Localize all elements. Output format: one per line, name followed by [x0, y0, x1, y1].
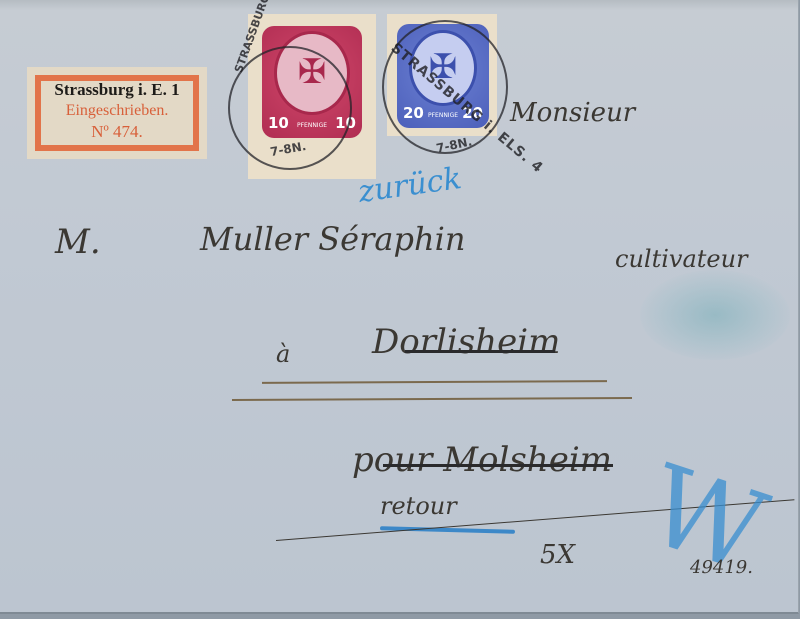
- underline-rule: [232, 397, 632, 401]
- town-struck: Dorlisheim: [372, 322, 560, 362]
- small-number: 5X: [540, 540, 575, 570]
- route-struck: pour Molsheim: [352, 440, 612, 480]
- strikethrough: [405, 350, 555, 353]
- occupation: cultivateur: [615, 245, 748, 273]
- addressee-name: Muller Séraphin: [200, 220, 465, 258]
- envelope: Strassburg i. E. 1 Eingeschrieben. Nº 47…: [0, 0, 799, 614]
- reference-number: 49419.: [690, 557, 753, 578]
- underline-rule: [262, 380, 607, 383]
- strikethrough: [383, 464, 613, 467]
- registration-label: Strassburg i. E. 1 Eingeschrieben. Nº 47…: [27, 67, 207, 159]
- label-number: Nº 474.: [27, 122, 207, 142]
- address-preposition: à: [276, 340, 290, 368]
- address-prefix: M.: [55, 222, 101, 262]
- return-note: retour: [380, 492, 457, 520]
- label-registered: Eingeschrieben.: [27, 102, 207, 120]
- label-office: Strassburg i. E. 1: [27, 80, 207, 100]
- salutation: Monsieur: [510, 98, 635, 128]
- ink-stain: [640, 270, 790, 360]
